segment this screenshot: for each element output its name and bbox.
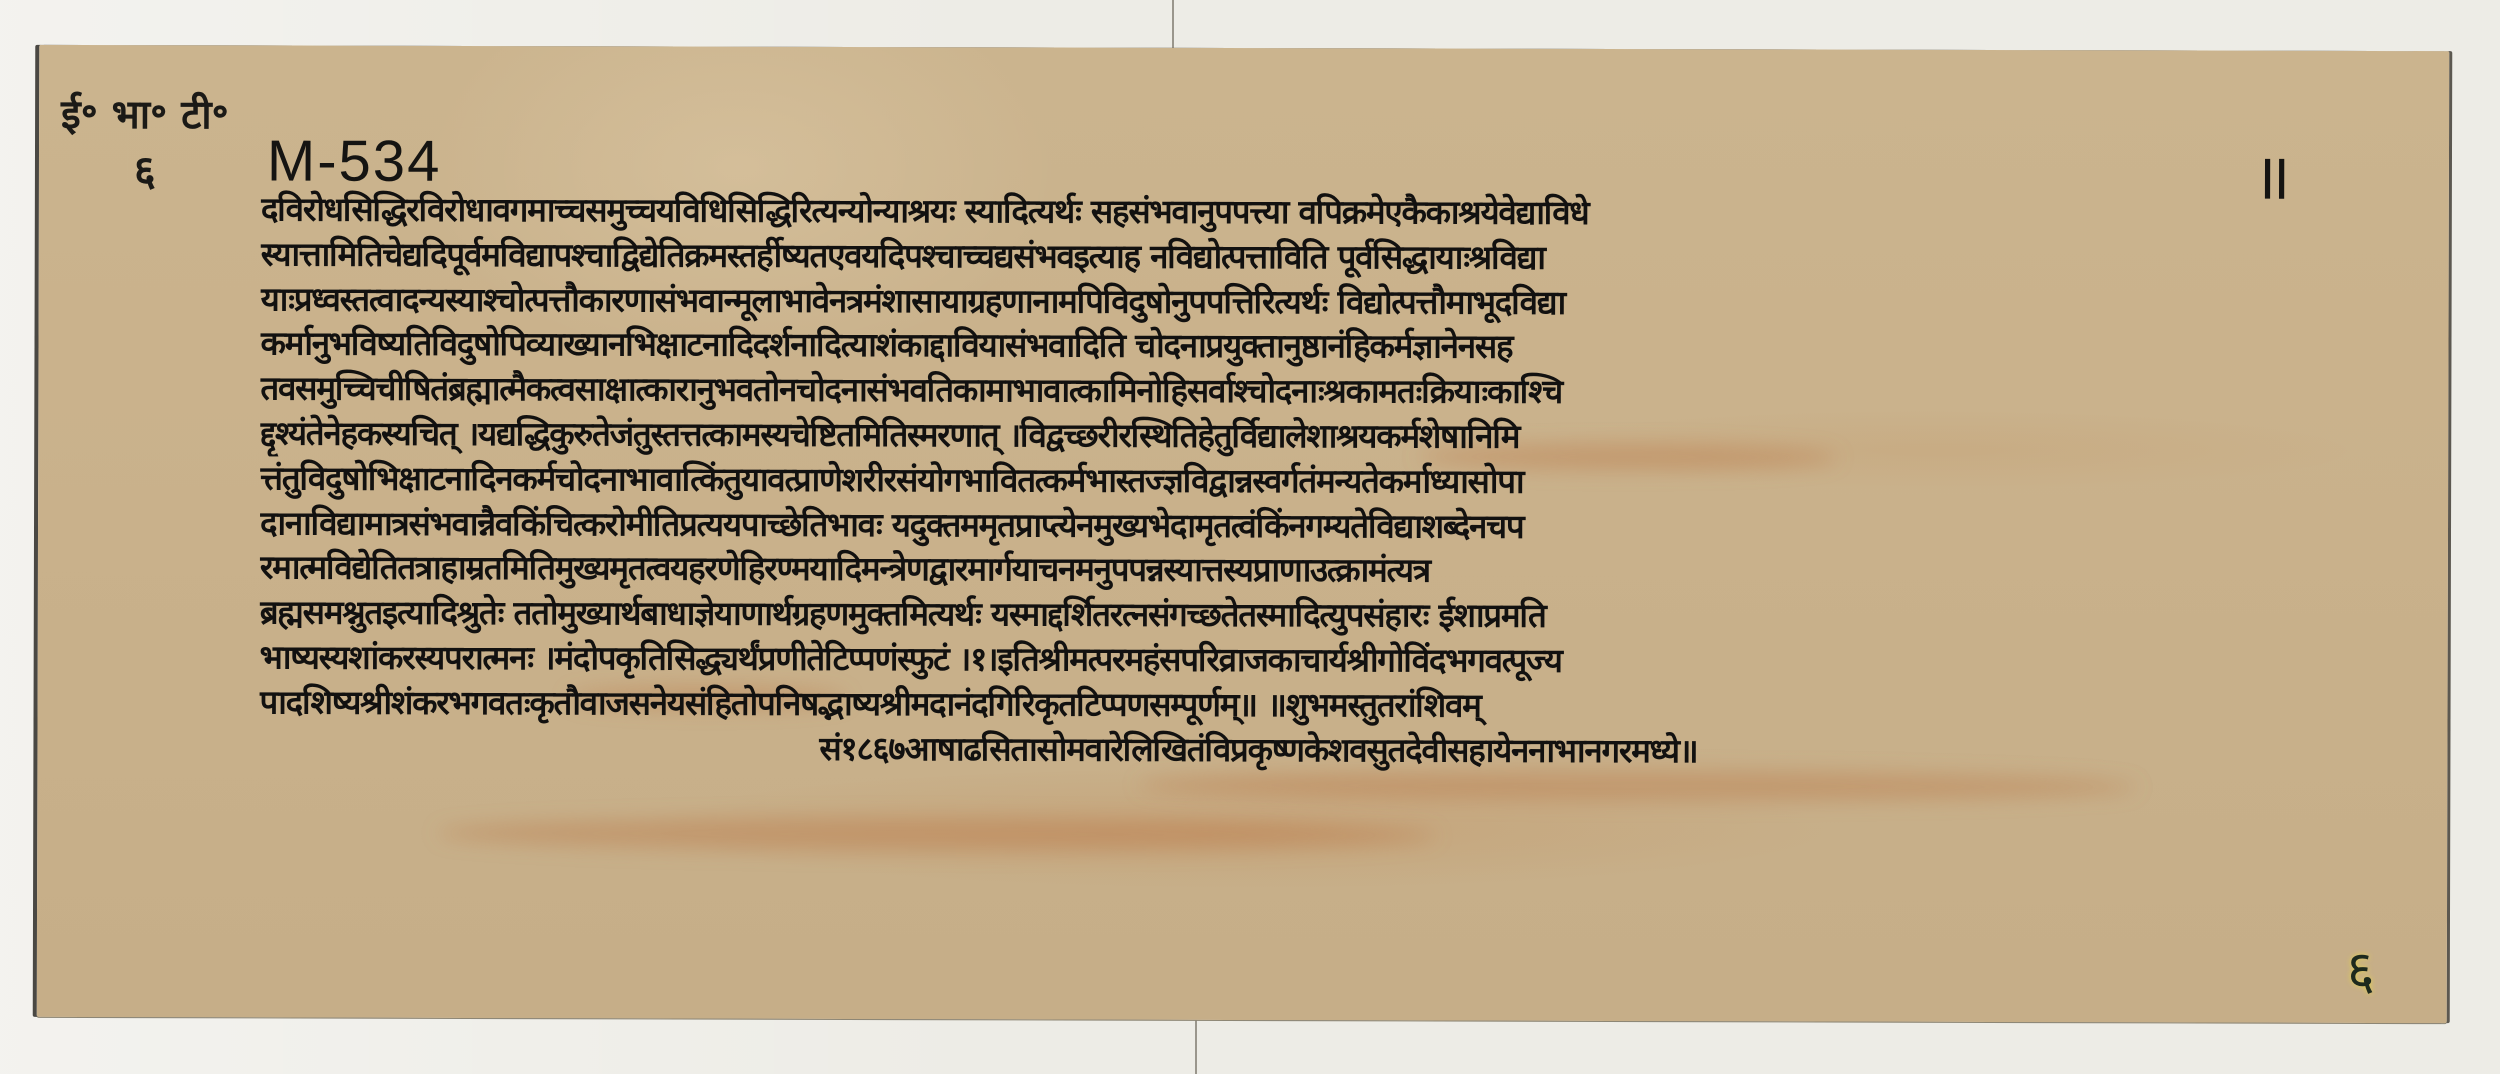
water-stain [437,816,1437,853]
text-line: ब्रह्मसमश्नुतइत्यादिश्रुतेः ततोमुख्यार्थ… [260,591,2370,641]
text-line: भाष्यस्यशांकरस्यपरात्मनः ।मंदोपकृतिसिद्ध… [260,635,2370,685]
folio-number-bottom: ६ [2347,931,2375,1005]
text-line: दविरोधसिद्धिरविरोधावगमाच्चसमुच्चयविधिसिद… [261,187,2371,237]
text-line: तवसमुच्चिचीषितंब्रह्मात्मैकत्वसाक्षात्का… [260,367,2370,417]
text-line: स्यात्तामितिचेद्यदिपूर्वमविद्यापश्चाद्वि… [261,232,2371,282]
water-stain [1137,770,2137,803]
manuscript-text-block: दविरोधसिद्धिरविरोधावगमाच्चसमुच्चयविधिसिद… [259,187,2371,775]
text-line: कर्मानुभविष्यतिविदुषोपिव्याख्यानभिक्षाटन… [260,322,2370,372]
margin-note-title-abbrev: ई॰ भा॰ टी॰ [61,85,229,140]
text-line: द्दृश्यंतेनेहकस्यचित् ।यद्यद्धिकुरुतेजंत… [260,411,2370,461]
margin-note-leaf-number: ६ [134,141,156,198]
text-line: दानाविद्यामात्रसंभवान्नैवकिंचित्करोमीतिप… [260,501,2370,551]
manuscript-folio: ई॰ भा॰ टी॰ ६ M-534 ॥ ६ दविरोधसिद्धिरविरो… [37,45,2450,1023]
colophon-date-line: सं१८६७आषाढसितासोमवारेलिखितंविप्रकृष्णकेश… [259,725,2369,775]
mount-seam [1172,0,1174,52]
mount-seam [1195,1020,1197,1074]
shelfmark-label: M-534 [267,127,442,194]
text-line: रमात्मविद्येतितत्राहाम्रतमितिमुख्यमृतत्व… [260,546,2370,596]
text-line: याःप्रध्वस्तत्वादन्यस्याश्चोत्पत्तौकारणा… [261,277,2371,327]
text-line: त्तंतुविदुषोभिक्षाटनादिनकर्मचोदनाभावात्क… [260,456,2370,506]
colophon-line: पादशिष्यश्रीशंकरभगवतःकृतौवाजसनेयसंहितोपन… [259,680,2369,730]
